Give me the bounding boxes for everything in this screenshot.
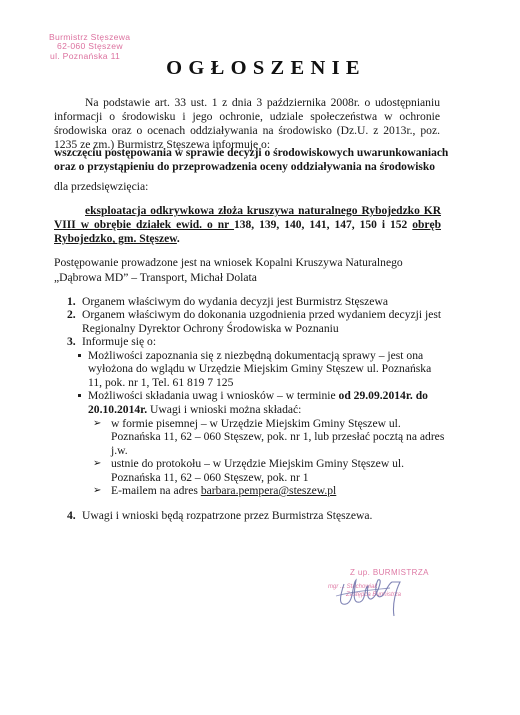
- list-item: 3. Informuje się o:: [58, 335, 448, 348]
- list-item: 1. Organem właściwym do wydania decyzji …: [58, 295, 448, 308]
- sub-item-documentation: Możliwości zapoznania się z niezbędną do…: [76, 349, 446, 389]
- list-text: Informuje się o:: [82, 335, 156, 348]
- numbered-list: 1. Organem właściwym do wydania decyzji …: [58, 295, 448, 349]
- remarks-pre: Możliwości składania uwag i wniosków – w…: [88, 389, 339, 402]
- list-number: 2.: [67, 308, 76, 321]
- email-label: E-mailem na adres: [111, 484, 201, 497]
- method-text: ustnie do protokołu – w Urzędzie Miejski…: [111, 457, 404, 483]
- project-end: .: [177, 233, 180, 245]
- list-text: Organem właściwym do wydania decyzji jes…: [82, 295, 388, 308]
- sub-item-remarks: Możliwości składania uwag i wniosków – w…: [76, 389, 446, 416]
- notice-bold: wszczęciu postępowania w sprawie decyzji…: [54, 147, 440, 175]
- list-item: 2. Organem właściwym do dokonania uzgodn…: [58, 308, 448, 335]
- square-bullet-icon: [78, 394, 81, 397]
- intro-paragraph: Na podstawie art. 33 ust. 1 z dnia 3 paź…: [54, 96, 440, 152]
- sub-item-text: Możliwości zapoznania się z niezbędną do…: [88, 349, 431, 389]
- arrow-bullet-icon: ➢: [93, 417, 101, 430]
- square-bullet-icon: [78, 354, 81, 357]
- submission-methods: ➢ w formie pisemnej – w Urzędzie Miejski…: [93, 417, 453, 497]
- list-item-4: 4.Uwagi i wnioski będą rozpatrzone przez…: [58, 509, 372, 522]
- remarks-post: Uwagi i wnioski można składać:: [147, 403, 301, 416]
- arrow-bullet-icon: ➢: [93, 484, 101, 497]
- notice-line-2: oraz o przystąpieniu do przeprowadzenia …: [54, 161, 440, 175]
- sub-list: Możliwości zapoznania się z niezbędną do…: [76, 349, 446, 416]
- method-text: w formie pisemnej – w Urzędzie Miejskim …: [111, 417, 444, 457]
- list-number: 3.: [67, 335, 76, 348]
- method-item: ➢ ustnie do protokołu – w Urzędzie Miejs…: [93, 457, 453, 484]
- list-text: Uwagi i wnioski będą rozpatrzone przez B…: [82, 509, 372, 522]
- handwritten-signature-icon: [330, 574, 430, 618]
- method-item: ➢ w formie pisemnej – w Urzędzie Miejski…: [93, 417, 453, 457]
- list-number: 1.: [67, 295, 76, 308]
- list-number: 4.: [58, 509, 82, 522]
- method-item-email: ➢ E-mailem na adres barbara.pempera@stes…: [93, 484, 453, 497]
- proceeding-paragraph: Postępowanie prowadzone jest na wniosek …: [54, 256, 440, 285]
- arrow-bullet-icon: ➢: [93, 457, 101, 470]
- email-link[interactable]: barbara.pempera@steszew.pl: [201, 484, 336, 497]
- project-description: eksploatacja odkrywkowa złoża kruszywa n…: [54, 204, 441, 247]
- for-project-label: dla przedsięwzięcia:: [54, 180, 440, 194]
- list-text: Organem właściwym do dokonania uzgodnien…: [82, 308, 441, 334]
- notice-line-1: wszczęciu postępowania w sprawie decyzji…: [54, 147, 440, 161]
- project-plots: 138, 139, 140, 141, 147, 150 i 152: [234, 219, 412, 231]
- page-title: OGŁOSZENIE: [0, 57, 520, 80]
